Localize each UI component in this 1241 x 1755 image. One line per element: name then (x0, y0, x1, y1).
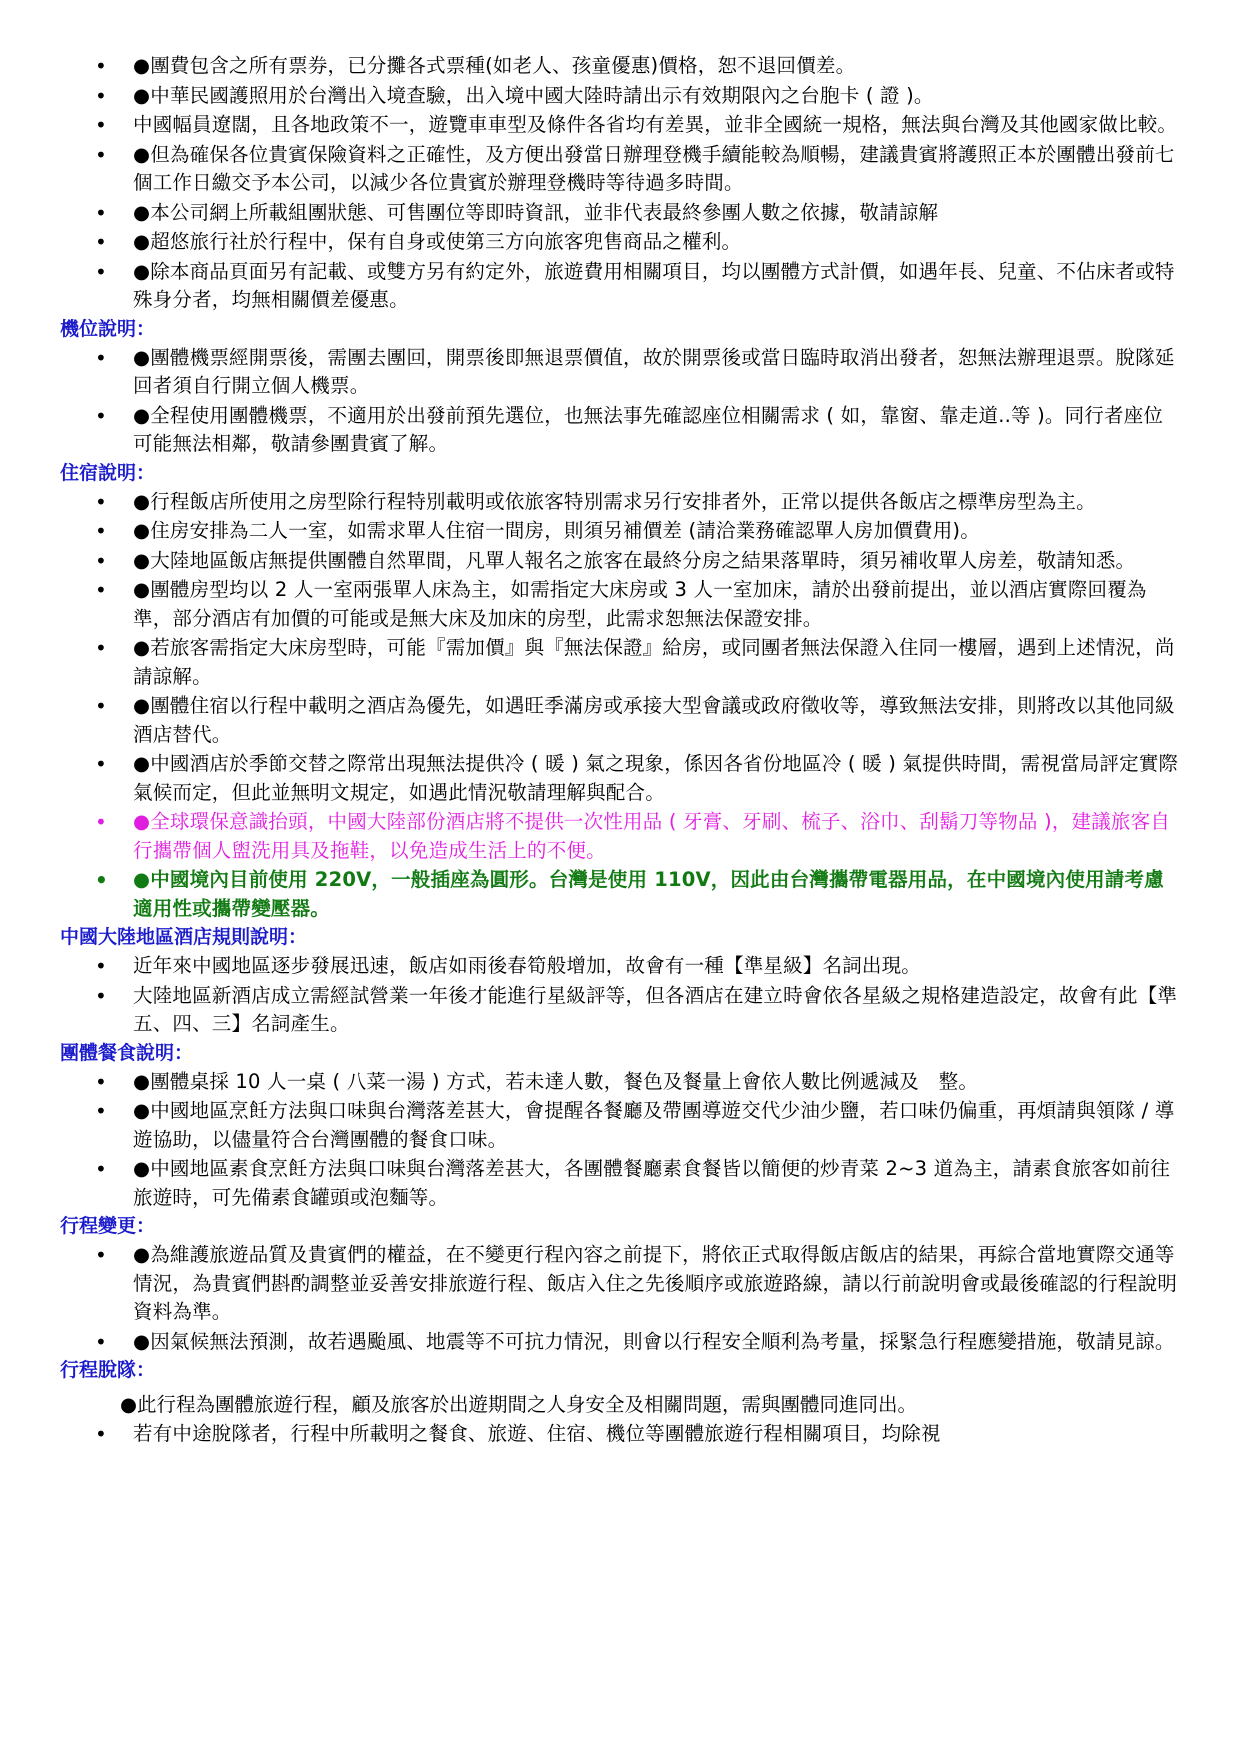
list-item: ●中國地區素食烹飪方法與口味與台灣落差甚大，各團體餐廳素食餐皆以簡便的炒青菜 2… (133, 1155, 1180, 1212)
list-item: ●本公司網上所載組團狀態、可售團位等即時資訊，並非代表最終參團人數之依據，敬請諒… (133, 199, 1180, 228)
general-notes-list: ●團費包含之所有票券，已分攤各式票種(如老人、孩童優惠)價格，恕不退回價差。 ●… (60, 52, 1180, 315)
list-item: ●但為確保各位貴賓保險資料之正確性，及方便出發當日辦理登機手續能較為順暢，建議貴… (133, 141, 1180, 198)
list-item: ●除本商品頁面另有記載、或雙方另有約定外，旅遊費用相關項目，均以團體方式計價，如… (133, 258, 1180, 315)
leaving-group-list: 若有中途脫隊者，行程中所載明之餐食、旅遊、住宿、機位等團體旅遊行程相關項目，均除… (60, 1420, 1180, 1449)
list-item-highlight-pink: ●全球環保意識抬頭，中國大陸部份酒店將不提供一次性用品 ( 牙膏、牙刷、梳子、浴… (133, 808, 1180, 865)
section-title-leaving-group: 行程脫隊： (60, 1356, 1180, 1385)
list-item: ●因氣候無法預測，故若遇颱風、地震等不可抗力情況，則會以行程安全順利為考量，採緊… (133, 1328, 1180, 1357)
list-item: ●全程使用團體機票，不適用於出發前預先選位，也無法事先確認座位相關需求 ( 如，… (133, 402, 1180, 459)
document-page: ●團費包含之所有票券，已分攤各式票種(如老人、孩童優惠)價格，恕不退回價差。 ●… (60, 52, 1180, 1448)
list-item: ●超悠旅行社於行程中，保有自身或使第三方向旅客兜售商品之權利。 (133, 228, 1180, 257)
list-item: ●團體房型均以 2 人一室兩張單人床為主，如需指定大床房或 3 人一室加床，請於… (133, 576, 1180, 633)
list-item: ●行程飯店所使用之房型除行程特別載明或依旅客特別需求另行安排者外，正常以提供各飯… (133, 488, 1180, 517)
section-title-accommodation: 住宿說明： (60, 459, 1180, 488)
section-title-flight: 機位說明： (60, 315, 1180, 344)
hotel-rules-list: 近年來中國地區逐步發展迅速，飯店如雨後春筍般增加，故會有一種【準星級】名詞出現。… (60, 952, 1180, 1039)
list-item: ●住房安排為二人一室，如需求單人住宿一間房，則須另補價差 (請洽業務確認單人房加… (133, 517, 1180, 546)
section-title-itinerary-change: 行程變更： (60, 1212, 1180, 1241)
flight-notes-list: ●團體機票經開票後，需團去團回，開票後即無退票價值，故於開票後或當日臨時取消出發… (60, 344, 1180, 459)
list-item: ●大陸地區飯店無提供團體自然單間，凡單人報名之旅客在最終分房之結果落單時，須另補… (133, 547, 1180, 576)
leaving-group-paragraph: ●此行程為團體旅遊行程，顧及旅客於出遊期間之人身安全及相關問題，需與團體同進同出… (60, 1391, 1180, 1420)
list-item: 中國幅員遼闊，且各地政策不一，遊覽車車型及條件各省均有差異，並非全國統一規格，無… (133, 111, 1180, 140)
accommodation-notes-list: ●行程飯店所使用之房型除行程特別載明或依旅客特別需求另行安排者外，正常以提供各飯… (60, 488, 1180, 924)
list-item: ●團體桌採 10 人一桌 ( 八菜一湯 ) 方式，若未達人數，餐色及餐量上會依人… (133, 1068, 1180, 1097)
list-item-highlight-green: ●中國境內目前使用 220V，一般插座為圓形。台灣是使用 110V，因此由台灣攜… (133, 866, 1180, 923)
meals-notes-list: ●團體桌採 10 人一桌 ( 八菜一湯 ) 方式，若未達人數，餐色及餐量上會依人… (60, 1068, 1180, 1213)
list-item: ●中國地區烹飪方法與口味與台灣落差甚大，會提醒各餐廳及帶團導遊交代少油少鹽，若口… (133, 1097, 1180, 1154)
list-item: ●為維護旅遊品質及貴賓們的權益，在不變更行程內容之前提下，將依正式取得飯店飯店的… (133, 1241, 1180, 1327)
list-item: ●團費包含之所有票券，已分攤各式票種(如老人、孩童優惠)價格，恕不退回價差。 (133, 52, 1180, 81)
list-item: ●中國酒店於季節交替之際常出現無法提供冷 ( 暖 ) 氣之現象，係因各省份地區冷… (133, 750, 1180, 807)
list-item: 近年來中國地區逐步發展迅速，飯店如雨後春筍般增加，故會有一種【準星級】名詞出現。 (133, 952, 1180, 981)
section-title-hotel-rules: 中國大陸地區酒店規則說明： (60, 923, 1180, 952)
list-item: ●若旅客需指定大床房型時，可能『需加價』與『無法保證』給房，或同團者無法保證入住… (133, 634, 1180, 691)
list-item: ●團體機票經開票後，需團去團回，開票後即無退票價值，故於開票後或當日臨時取消出發… (133, 344, 1180, 401)
list-item: ●中華民國護照用於台灣出入境查驗，出入境中國大陸時請出示有效期限內之台胞卡 ( … (133, 82, 1180, 111)
list-item: 若有中途脫隊者，行程中所載明之餐食、旅遊、住宿、機位等團體旅遊行程相關項目，均除… (133, 1420, 1180, 1449)
list-item: ●團體住宿以行程中載明之酒店為優先，如遇旺季滿房或承接大型會議或政府徵收等，導致… (133, 692, 1180, 749)
list-item: 大陸地區新酒店成立需經試營業一年後才能進行星級評等，但各酒店在建立時會依各星級之… (133, 982, 1180, 1039)
itinerary-change-list: ●為維護旅遊品質及貴賓們的權益，在不變更行程內容之前提下，將依正式取得飯店飯店的… (60, 1241, 1180, 1356)
section-title-meals: 團體餐食說明： (60, 1039, 1180, 1068)
